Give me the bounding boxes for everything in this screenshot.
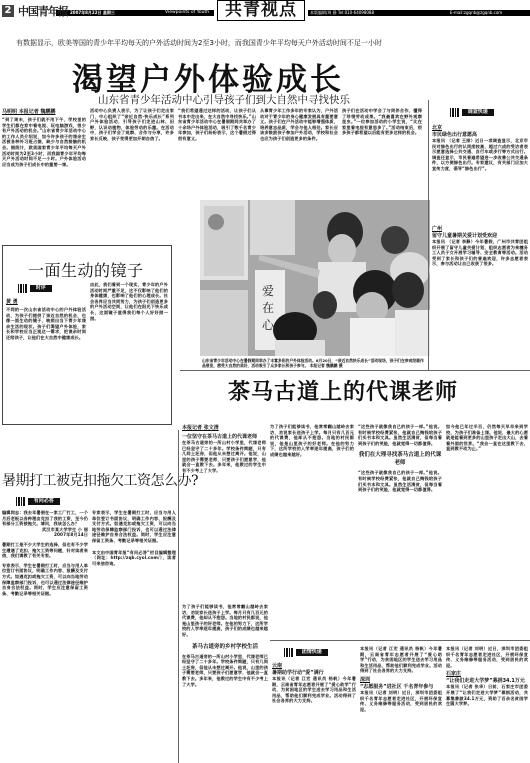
tea-text-3: “这些孩子就像我自己的孩子一样。”他说。有时候学校经费紧张，他就自己掏钱给孩子们…: [358, 424, 442, 446]
tea-column-1: 本报记者 张文清 一位坚守在茶马古道上的代课老师 在茶马古道旁的一所山村小学里，…: [182, 424, 266, 600]
lead-column-1: 马明明 本报记者 魏鹏鹏 “到了周末，孩子们就不用下午，学校里的学生们都在家中看…: [2, 108, 86, 243]
bars-icon: [284, 648, 293, 657]
tea-column-5: 为了孩子们能够读书，他常常翻山越岭去家访，劝说家长送孩子上学。每月只有几百元的代…: [182, 604, 268, 763]
section-divider: [180, 370, 530, 371]
commentary-text-1: 不同的一次山东省活动中心的户外体验活动，为孩子们提供了亲近自然的机会，也像一面生…: [6, 307, 86, 341]
lead-text-1: “到了周末，孩子们就不用下午，学校里的学生们都在家中看电视、玩电脑游戏，很少有户…: [2, 117, 86, 167]
wage-column-2: 专家表示，学生在暑期打工时，应当与用人单位签订书面协议，明确工作内容、报酬及支付…: [92, 510, 176, 760]
briefs-column-tag: 团情快递: [284, 648, 328, 657]
sidebar-title-1: 市民绿色出行意愿高: [432, 131, 528, 138]
wage-column-label: 有问必答: [28, 498, 60, 505]
section-english-name: Viewpoints of Youth: [165, 10, 209, 16]
tea-subheading: 我们在大理寻找茶马古道上的代课老师: [358, 450, 442, 466]
brief-text-1: 本报讯（记者 江宏 通讯员 杨帆）今年暑期，云南省青年志愿者开展了“爱心助学”行…: [272, 676, 356, 704]
brief-item-3: 本报讯（记者 刘明）近日，深圳市团委组织千名青年志愿者走进社区，开展环保宣传、义…: [446, 646, 528, 762]
commentary-column-tag: 时评: [18, 284, 52, 293]
wage-column-1: 编辑同志：我去年暑假在一家工厂打工，一个月后老板以各种理由克扣了我的工资，至今仍…: [2, 510, 88, 760]
brief-location-3: 石家庄: [446, 670, 528, 677]
wage-date: 2007年8月14日: [2, 532, 88, 538]
newspaper-logo: 中国青年报: [18, 3, 68, 19]
tea-text-4: 如今他已年过半百，仍然每天早早来到学校，为孩子们准备上课。他说，最大的心愿就是能…: [446, 424, 528, 452]
tea-column-4: 如今他已年过半百，仍然每天早早来到学校，为孩子们准备上课。他说，最大的心愿就是能…: [446, 424, 528, 600]
briefs-divider: [270, 640, 530, 641]
tea-text-6: 在茶马古道旁的一所山村小学里，代课老师已经坚守了二十多年。学校条件简陋，只有几间…: [182, 654, 268, 688]
wage-note: 本文由中国青年报“有问必答”栏目编辑整理（网址：http://zqb.cyol.…: [92, 550, 176, 567]
sidebar-text-1: 本报讯 （记者 王丽）近日一项调查显示，北京市民对绿色出行的认同度较高，超过六成…: [432, 138, 528, 172]
sidebar-divider: [428, 100, 429, 370]
wage-column-tag: 有问必答: [16, 497, 60, 506]
wage-letter: 编辑同志：我去年暑假在一家工厂打工，一个月后老板以各种理由克扣了我的工资，至今仍…: [2, 510, 88, 527]
tea-subheading-2: 茶马古道旁的乡村学校生活: [182, 642, 268, 650]
lead-text-4: 从事青少年工作多年的专家认为，户外活动对于青少年的身心健康发展具有重要意义。孩子…: [260, 108, 338, 142]
tea-column-2: 为了孩子们能够读书，他常常翻山越岭去家访，劝说家长送孩子上学。每月只有几百元的代…: [270, 424, 354, 600]
wage-story-title: 暑期打工被克扣拖欠工资怎么办?: [2, 470, 198, 490]
column-divider: [178, 430, 179, 763]
tea-story-title: 茶马古道上的代课老师: [228, 375, 458, 406]
lead-column-5: 孩子们在活动中学会了与同伴合作，懂得了珍惜劳动成果。“我最喜欢在野外观察昆虫。”…: [342, 108, 422, 198]
issue-date: 2007年8月22日 星期三: [70, 10, 115, 16]
lead-kicker: 有数据显示，欧美等国的青少年平均每天的户外活动时间为2至3小时，而我国青少年平均…: [16, 38, 382, 48]
lead-photo: 爱 在 心: [200, 200, 430, 356]
sidebar-section-2: 广州 留守儿童暑期关爱计划受欢迎 本报讯 （记者 李静）今年暑假，广州市共青团组…: [432, 225, 528, 370]
lead-column-4: 从事青少年工作多年的专家认为，户外活动对于青少年的身心健康发展具有重要意义。孩子…: [260, 108, 338, 198]
lead-text-3: “我们希望通过这样的活动，让孩子们从书本中走出来，在大自然中寻找快乐。”山东省青…: [178, 108, 256, 142]
tea-text-5: 为了孩子们能够读书，他常常翻山越岭去家访，劝说家长送孩子上学。每月只有几百元的代…: [182, 604, 268, 638]
sidebar-location-2: 广州: [432, 225, 528, 232]
brief-title-1: 暑期助学行动“爱”满行: [272, 669, 356, 676]
wage-answer-2: 专家表示，学生在暑期打工时，应当与用人单位签订书面协议，明确工作内容、报酬及支付…: [92, 510, 176, 544]
sidebar-column-label: 调查快递: [462, 109, 494, 116]
svg-text:爱: 爱: [262, 284, 274, 298]
tea-column-3: “这些孩子就像我自己的孩子一样。”他说。有时候学校经费紧张，他就自己掏钱给孩子们…: [358, 424, 442, 600]
brief-item-1: 云南 暑期助学行动“爱”满行 本报讯（记者 江宏 通讯员 杨帆）今年暑期，云南省…: [272, 662, 356, 762]
sidebar-text-2: 本报讯 （记者 李静）今年暑假，广州市共青团组织开展了留守儿童关爱计划，组织志愿…: [432, 239, 528, 267]
wage-answer-1: 专家表示，学生在暑期打工时，应当与用人单位签订书面协议，明确工作内容、报酬及支付…: [2, 563, 88, 597]
section-title: 共青视点: [217, 0, 305, 21]
page-number: 2: [2, 5, 14, 17]
lead-column-2: 活动中心负责人表示，为了让孩子们走出家门，中心组织了“亲近自然·快乐成长”系列户…: [90, 108, 174, 243]
commentary-byline: 黄 勇: [6, 298, 86, 305]
brief-location-1: 云南: [272, 662, 356, 669]
brief-item-2: 本报讯（记者 江宏 通讯员 杨帆）今年暑期，云南省青年志愿者开展了“爱心助学”行…: [360, 646, 442, 762]
lead-byline: 马明明 本报记者 魏鹏鹏: [2, 108, 86, 115]
children-viewing-paintings-photo: 爱 在 心: [200, 200, 430, 356]
brief-text-2: 本报讯（记者 刘明）近日，深圳市团委组织千名青年志愿者走进社区，开展环保宣传、义…: [360, 690, 442, 712]
bars-icon: [16, 497, 25, 506]
commentary-column-label: 时评: [30, 285, 52, 292]
brief-text-2b: 本报讯（记者 刘明）近日，深圳市团委组织千名青年志愿者走进社区，开展环保宣传、义…: [446, 646, 528, 668]
commentary-column-2: 由此，我们看到一个现实，青少年的户外活动时间严重不足，这不仅影响了他们的身体健康…: [90, 282, 168, 422]
sidebar-column-tag: 调查快递: [450, 108, 494, 117]
wage-intro: 暑期打工是不少大学生的选择，但也有不少学生遭遇了克扣、拖欠工资等问题，针对读者来…: [2, 542, 88, 559]
tea-byline: 本报记者 张文清: [182, 424, 266, 431]
brief-title-2: “志愿服务”进社区 千名青年参与: [360, 683, 442, 690]
commentary-title: 一面生动的镜子: [28, 258, 144, 281]
sidebar-section-1: 北京 市民绿色出行意愿高 本报讯 （记者 王丽）近日一项调查显示，北京市民对绿色…: [432, 124, 528, 216]
bars-icon: [18, 284, 27, 293]
commentary-column-1: 黄 勇 不同的一次山东省活动中心的户外体验活动，为孩子们提供了亲近自然的机会，也…: [6, 298, 86, 422]
lead-column-3: “我们希望通过这样的活动，让孩子们从书本中走出来，在大自然中寻找快乐。”山东省青…: [178, 108, 256, 198]
editor-info: 本版编辑/周 静 Tel:010-64098088: [310, 10, 374, 16]
sidebar-title-2: 留守儿童暑期关爱计划受欢迎: [432, 232, 528, 239]
lead-subhead: 山东省青少年活动中心引导孩子们到大自然中寻找快乐: [98, 92, 350, 107]
briefs-column-label: 团情快递: [296, 649, 328, 656]
tea-text-1: 在茶马古道旁的一所山村小学里，代课老师已经坚守了二十多年。学校条件简陋，只有几间…: [182, 440, 266, 474]
tea-text-3b: “这些孩子就像我自己的孩子一样。”他说。有时候学校经费紧张，他就自己掏钱给孩子们…: [358, 470, 442, 492]
brief-text-1b: 本报讯（记者 江宏 通讯员 杨帆）今年暑期，云南省青年志愿者开展了“爱心助学”行…: [360, 646, 442, 674]
tea-text-2: 为了孩子们能够读书，他常常翻山越岭去家访，劝说家长送孩子上学。每月只有几百元的代…: [270, 424, 354, 458]
photo-caption: 山东省青少年活动中心在暑假期间举办了丰富多彩的户外体验活动。8月20日，“亲近自…: [202, 358, 427, 368]
contact-email: E-mail:zgqnb@zgqnb.com: [450, 10, 502, 16]
sidebar-location-1: 北京: [432, 124, 528, 131]
brief-text-3: 本报讯（记者 张华）日前，石家庄市团委开展了“让我们走进大学梦”募捐活动，共募集…: [446, 684, 528, 706]
brief-location-2: 深圳: [360, 676, 442, 683]
lead-text-5: 孩子们在活动中学会了与同伴合作，懂得了珍惜劳动成果。“我最喜欢在野外观察昆虫。”…: [342, 108, 422, 136]
svg-text:在: 在: [262, 301, 274, 315]
lead-text-2: 活动中心负责人表示，为了让孩子们走出家门，中心组织了“亲近自然·快乐成长”系列户…: [90, 108, 174, 142]
tea-subtitle: 一位坚守在茶马古道上的代课老师: [182, 433, 266, 440]
commentary-text-2: 由此，我们看到一个现实，青少年的户外活动时间严重不足，这不仅影响了他们的身体健康…: [90, 282, 168, 321]
bars-icon: [450, 108, 459, 117]
